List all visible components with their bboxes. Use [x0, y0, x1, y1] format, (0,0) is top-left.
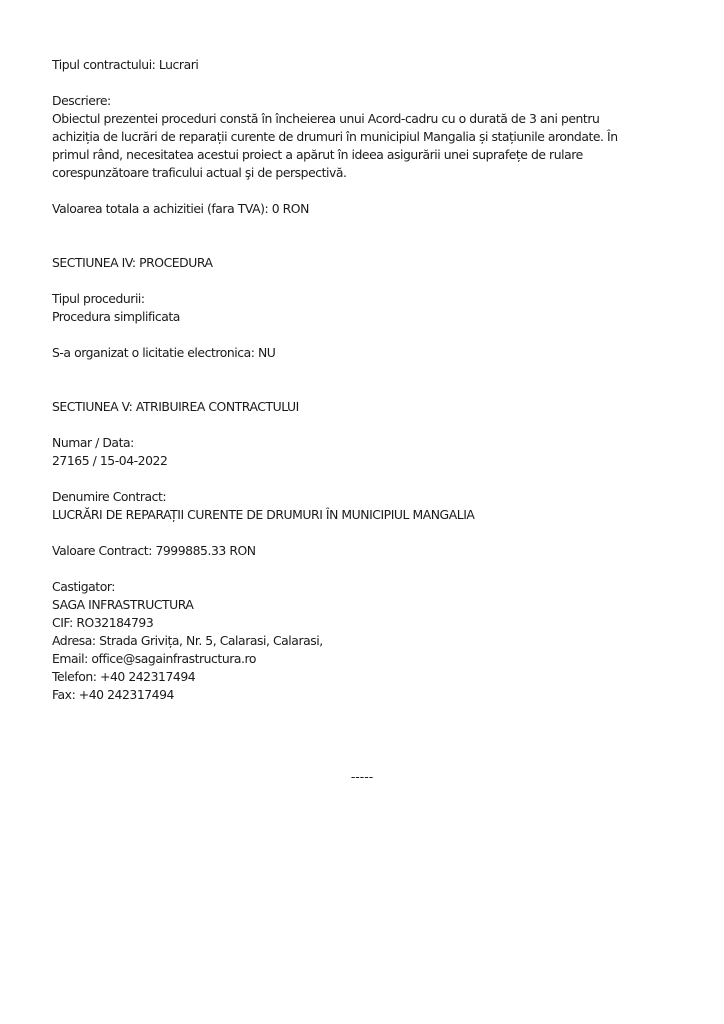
winner-email-label: Email: [52, 651, 88, 666]
winner-address-row: Adresa: Strada Grivița, Nr. 5, Calarasi,… [52, 632, 672, 650]
winner-email-row: Email: office@sagainfrastructura.ro [52, 650, 672, 668]
winner-name: SAGA INFRASTRUCTURA [52, 596, 672, 614]
winner-address-label: Adresa: [52, 633, 96, 648]
winner-phone-value: +40 242317494 [100, 669, 195, 684]
contract-name-label: Denumire Contract: [52, 488, 672, 506]
description-line: achiziția de lucrări de reparații curent… [52, 128, 672, 146]
winner-label: Castigator: [52, 578, 672, 596]
end-separator: ----- [0, 768, 724, 786]
contract-value-row: Valoare Contract: 7999885.33 RON [52, 542, 672, 560]
winner-fax-label: Fax: [52, 687, 75, 702]
description-line: corespunzătoare traficului actual şi de … [52, 164, 672, 182]
winner-cif-value: RO32184793 [76, 615, 153, 630]
section-iv-title: SECTIUNEA IV: PROCEDURA [52, 254, 672, 272]
electronic-auction-label: S-a organizat o licitatie electronica: [52, 345, 254, 360]
description-label: Descriere: [52, 92, 672, 110]
total-value-label: Valoarea totala a achizitiei (fara TVA): [52, 201, 268, 216]
number-date-value: 27165 / 15-04-2022 [52, 452, 672, 470]
number-date-label: Numar / Data: [52, 434, 672, 452]
winner-phone-label: Telefon: [52, 669, 97, 684]
total-value-amount: 0 RON [272, 201, 309, 216]
description-line: Obiectul prezentei proceduri constă în î… [52, 110, 672, 128]
contract-type-value: Lucrari [159, 57, 198, 72]
contract-type-row: Tipul contractului: Lucrari [52, 56, 672, 74]
winner-address-value: Strada Grivița, Nr. 5, Calarasi, Calaras… [99, 633, 323, 648]
winner-cif-row: CIF: RO32184793 [52, 614, 672, 632]
winner-cif-label: CIF: [52, 615, 73, 630]
electronic-auction-value: NU [258, 345, 275, 360]
winner-fax-row: Fax: +40 242317494 [52, 686, 672, 704]
contract-value-amount: 7999885.33 RON [155, 543, 255, 558]
procedure-type-label: Tipul procedurii: [52, 290, 672, 308]
total-value-row: Valoarea totala a achizitiei (fara TVA):… [52, 200, 672, 218]
section-v-title: SECTIUNEA V: ATRIBUIREA CONTRACTULUI [52, 398, 672, 416]
description-line: primul rând, necesitatea acestui proiect… [52, 146, 672, 164]
winner-fax-value: +40 242317494 [79, 687, 174, 702]
winner-email-value: office@sagainfrastructura.ro [91, 651, 256, 666]
contract-value-label: Valoare Contract: [52, 543, 152, 558]
contract-name-value: LUCRĂRI DE REPARAȚII CURENTE DE DRUMURI … [52, 506, 672, 524]
contract-type-label: Tipul contractului: [52, 57, 155, 72]
electronic-auction-row: S-a organizat o licitatie electronica: N… [52, 344, 672, 362]
document-page: Tipul contractului: Lucrari Descriere: O… [52, 56, 672, 704]
winner-phone-row: Telefon: +40 242317494 [52, 668, 672, 686]
procedure-type-value: Procedura simplificata [52, 308, 672, 326]
